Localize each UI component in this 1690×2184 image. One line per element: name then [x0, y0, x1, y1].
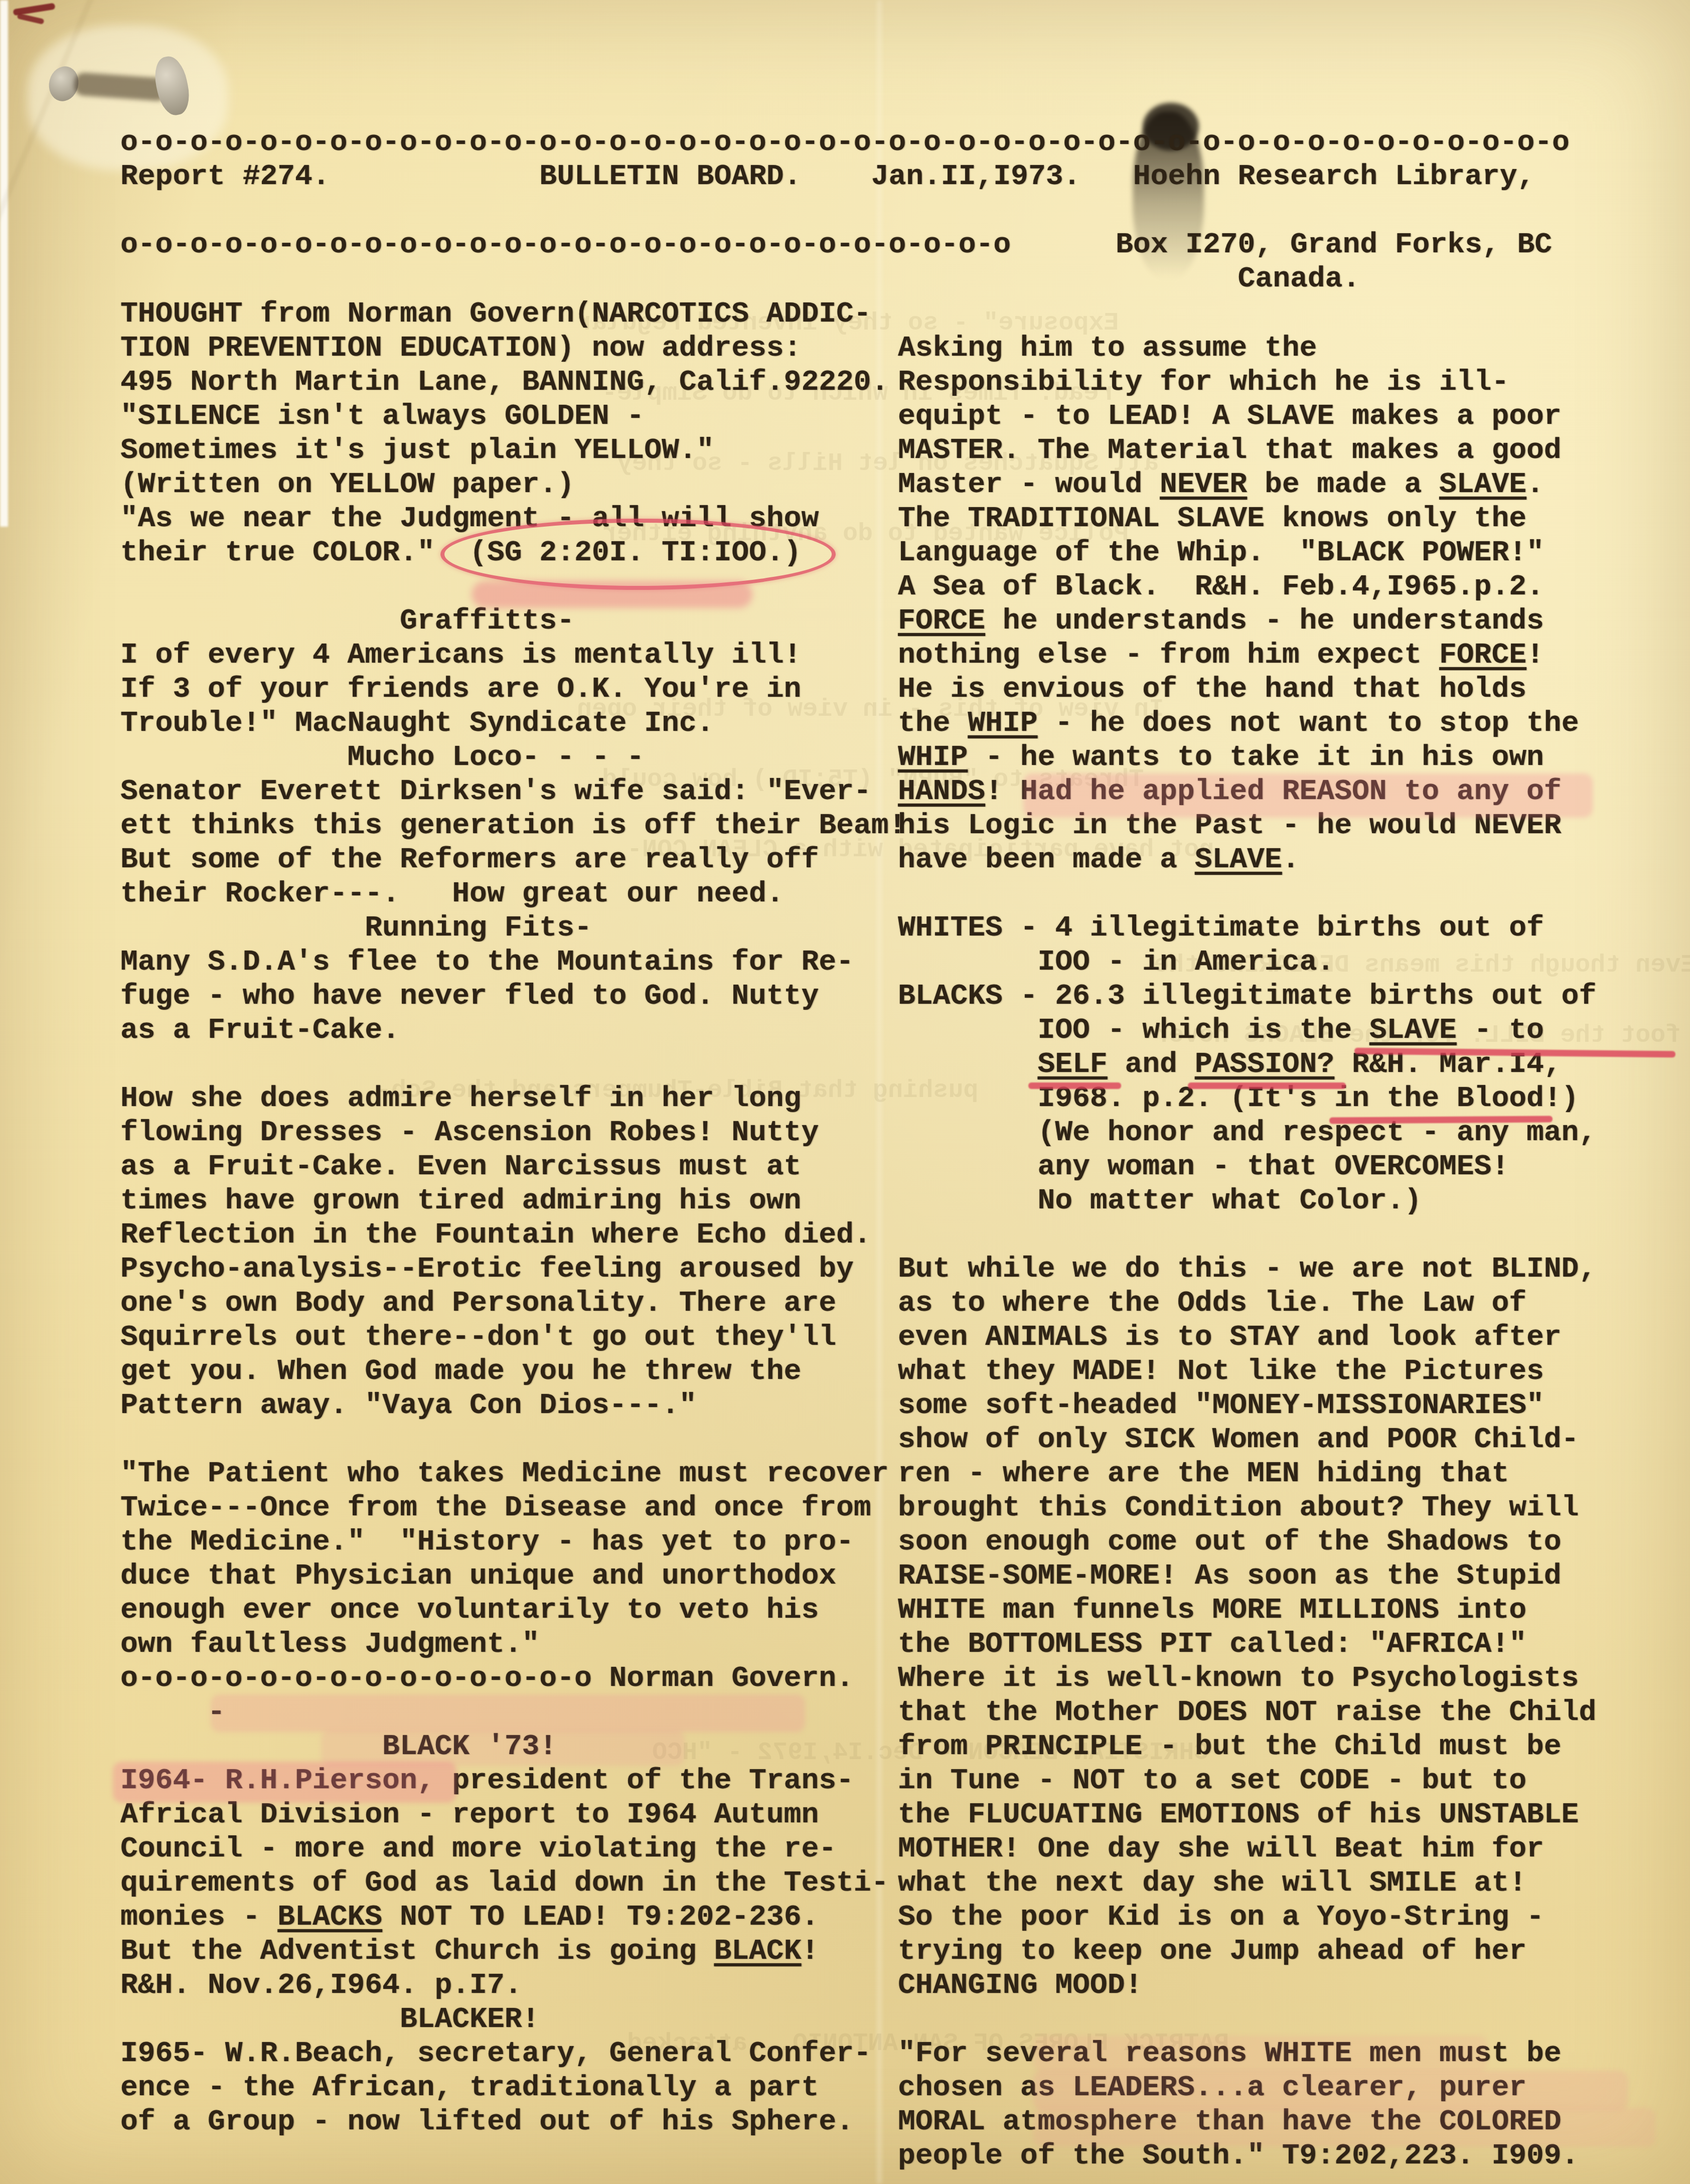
typed-line: as to where the Odds lie. The Law of [898, 1289, 1526, 1318]
typed-line: what they MADE! Not like the Pictures [898, 1357, 1544, 1386]
typed-line: Mucho Loco- - - - [120, 743, 644, 772]
red-circle-sg-reference [440, 519, 836, 590]
typed-line: Senator Everett Dirksen's wife said: "Ev… [120, 777, 871, 807]
typed-line: THOUGHT from Norman Govern(NARCOTICS ADD… [120, 300, 871, 329]
typed-line: (Written on YELLOW paper.) [120, 471, 574, 500]
typed-line: Squirrels out there--don't go out they'l… [120, 1323, 836, 1352]
typed-line: TION PREVENTION EDUCATION) now address: [120, 334, 801, 363]
pink-highlight-pierson [113, 1762, 456, 1803]
typed-line: A Sea of Black. R&H. Feb.4,I965.p.2. [898, 573, 1544, 602]
typed-line: The TRADITIONAL SLAVE knows only the [898, 505, 1526, 534]
typed-line: - [120, 1698, 225, 1728]
typed-line: Where it is well-known to Psychologists [898, 1664, 1579, 1693]
typed-line: the Medicine." "History - has yet to pro… [120, 1528, 854, 1557]
pink-smear-leaders [1033, 2071, 1628, 2110]
typed-line: IOO - in America. [898, 948, 1334, 977]
typed-line: But while we do this - we are not BLIND, [898, 1255, 1596, 1284]
typed-line: I965- W.R.Beach, secretary, General Conf… [120, 2040, 871, 2069]
typed-line: 495 North Martin Lane, BANNING, Calif.92… [120, 368, 888, 397]
typed-line: as a Fruit-Cake. Even Narcissus must at [120, 1153, 801, 1182]
pink-smear-black-73 [211, 1694, 805, 1732]
typed-line: duce that Physician unique and unorthodo… [120, 1562, 836, 1591]
typed-line: How she does admire herself in her long [120, 1084, 801, 1114]
typed-line: show of only SICK Women and POOR Child- [898, 1426, 1579, 1455]
typed-line: have been made a SLAVE. [898, 846, 1300, 875]
typed-line: "The Patient who takes Medicine must rec… [120, 1460, 888, 1489]
typed-line: Graffitts- [120, 607, 574, 636]
typed-line: any woman - that OVERCOMES! [898, 1153, 1509, 1182]
typed-line: own faultless Judgment." [120, 1630, 539, 1659]
pink-highlight-reason-line [1023, 773, 1593, 818]
typed-line: If 3 of your friends are O.K. You're in [120, 675, 801, 704]
typed-line: Canada. [120, 265, 1360, 294]
typed-line: Responsibility for which he is ill- [898, 368, 1509, 397]
scan-edge-sliver [0, 0, 8, 527]
typed-line: Trouble!" MacNaught Syndicate Inc. [120, 709, 714, 738]
red-underline-self [1028, 1082, 1121, 1089]
red-underline-passion [1188, 1082, 1346, 1089]
typed-line: Twice---Once from the Disease and once f… [120, 1494, 871, 1523]
typed-line: He is envious of the hand that holds [898, 675, 1526, 704]
typed-line: some soft-headed "MONEY-MISSIONARIES" [898, 1391, 1544, 1421]
typed-line: the BOTTOMLESS PIT called: "AFRICA!" [898, 1630, 1526, 1659]
typed-line: ence - the African, traditionally a part [120, 2074, 819, 2103]
typed-line: that the Mother DOES NOT raise the Child [898, 1698, 1596, 1728]
typed-line: BLACKS - 26.3 illegitimate births out of [898, 982, 1596, 1011]
typed-line: Master - would NEVER be made a SLAVE. [898, 471, 1544, 500]
typed-line: ett thinks this generation is off their … [120, 812, 906, 841]
typed-line: soon enough come out of the Shadows to [898, 1528, 1562, 1557]
typed-line: No matter what Color.) [898, 1187, 1422, 1216]
typed-line: R&H. Nov.26,I964. p.I7. [120, 1971, 522, 2000]
typed-line: as a Fruit-Cake. [120, 1016, 400, 1045]
typed-line: brought this Condition about? They will [898, 1494, 1579, 1523]
typed-line: Asking him to assume the [898, 334, 1317, 363]
typed-line: enough ever once voluntarily to veto his [120, 1596, 819, 1625]
typed-line: of a Group - now lifted out of his Spher… [120, 2108, 854, 2137]
scanned-bulletin-page: Exposure" - so they invented regularread… [0, 0, 1690, 2184]
typed-line: MASTER. The Material that makes a good [898, 436, 1562, 465]
typed-line: o-o-o-o-o-o-o-o-o-o-o-o-o-o Norman Gover… [120, 1664, 854, 1693]
typed-line: Psycho-analysis--Erotic feeling aroused … [120, 1255, 854, 1284]
typed-line: WHITE man funnels MORE MILLIONS into [898, 1596, 1526, 1625]
typed-line: CHANGING MOOD! [898, 1971, 1142, 2000]
typed-line: Pattern away. "Vaya Con Dios---." [120, 1391, 697, 1421]
typed-line: Council - more and more violating the re… [120, 1835, 836, 1864]
pink-smear-leaders [1033, 2108, 1655, 2147]
typed-line: monies - BLACKS NOT TO LEAD! T9:202-236. [120, 1903, 819, 1932]
pink-smear-black-73 [321, 1731, 685, 1766]
typed-line: Language of the Whip. "BLACK POWER!" [898, 539, 1544, 568]
typed-line: fuge - who have never fled to God. Nutty [120, 982, 819, 1011]
typed-line: the WHIP - he does not want to stop the [898, 709, 1579, 738]
typed-line: nothing else - from him expect FORCE! [898, 641, 1544, 670]
typed-line: one's own Body and Personality. There ar… [120, 1289, 836, 1318]
typed-line: what the next day she will SMILE at! [898, 1869, 1526, 1898]
typed-line: RAISE-SOME-MORE! As soon as the Stupid [898, 1562, 1562, 1591]
typed-line: So the poor Kid is on a Yoyo-String - [898, 1903, 1544, 1932]
typed-line: Sometimes it's just plain YELLOW." [120, 436, 714, 465]
typed-line: "SILENCE isn't always GOLDEN - [120, 402, 644, 431]
typed-line: flowing Dresses - Ascension Robes! Nutty [120, 1119, 819, 1148]
typed-line: ren - where are the MEN hiding that [898, 1460, 1509, 1489]
typed-line: Running Fits- [120, 914, 592, 943]
typed-line: the FLUCUATING EMOTIONS of his UNSTABLE [898, 1801, 1579, 1830]
typed-line: o-o-o-o-o-o-o-o-o-o-o-o-o-o-o-o-o-o-o-o-… [120, 231, 1552, 260]
typed-line: times have grown tired admiring his own [120, 1187, 801, 1216]
typed-line: their Rocker---. How great our need. [120, 880, 784, 909]
typed-line: But some of the Reformers are really off [120, 846, 819, 875]
red-circle-sg-reference [472, 581, 752, 608]
typed-line: WHIP - he wants to take it in his own [898, 743, 1544, 772]
typed-line: Report #274. BULLETIN BOARD. Jan.II,I973… [120, 163, 1534, 192]
typed-line: IOO - which is the SLAVE - to [898, 1016, 1544, 1045]
typed-line: even ANIMALS is to STAY and look after [898, 1323, 1562, 1352]
typed-line: WHITES - 4 illegitimate births out of [898, 914, 1544, 943]
red-scribble-top-left [17, 13, 44, 25]
typed-line: quirements of God as laid down in the Te… [120, 1869, 888, 1898]
typed-line: Africal Division - report to I964 Autumn [120, 1801, 819, 1830]
typed-line: MOTHER! One day she will Beat him for [898, 1835, 1544, 1864]
typed-line: But the Adventist Church is going BLACK! [120, 1937, 819, 1966]
typed-line: (We honor and respect - any man, [898, 1119, 1596, 1148]
typed-line: trying to keep one Jump ahead of her [898, 1937, 1526, 1966]
typed-line: from PRINCIPLE - but the Child must be [898, 1733, 1562, 1762]
typed-line: equipt - to LEAD! A SLAVE makes a poor [898, 402, 1562, 431]
typed-line: in Tune - NOT to a set CODE - but to [898, 1767, 1526, 1796]
typed-line: I of every 4 Americans is mentally ill! [120, 641, 801, 670]
typed-line: BLACKER! [120, 2005, 539, 2035]
typed-line: Reflection in the Fountain where Echo di… [120, 1221, 871, 1250]
column-gutter-crease [878, 0, 881, 2184]
typed-line: get you. When God made you he threw the [120, 1357, 801, 1386]
typed-line: FORCE he understands - he understands [898, 607, 1544, 636]
typed-line: o-o-o-o-o-o-o-o-o-o-o-o-o-o-o-o-o-o-o-o-… [120, 128, 1570, 158]
typed-line: Many S.D.A's flee to the Mountains for R… [120, 948, 854, 977]
pink-smear-leaders [1033, 2036, 1487, 2072]
